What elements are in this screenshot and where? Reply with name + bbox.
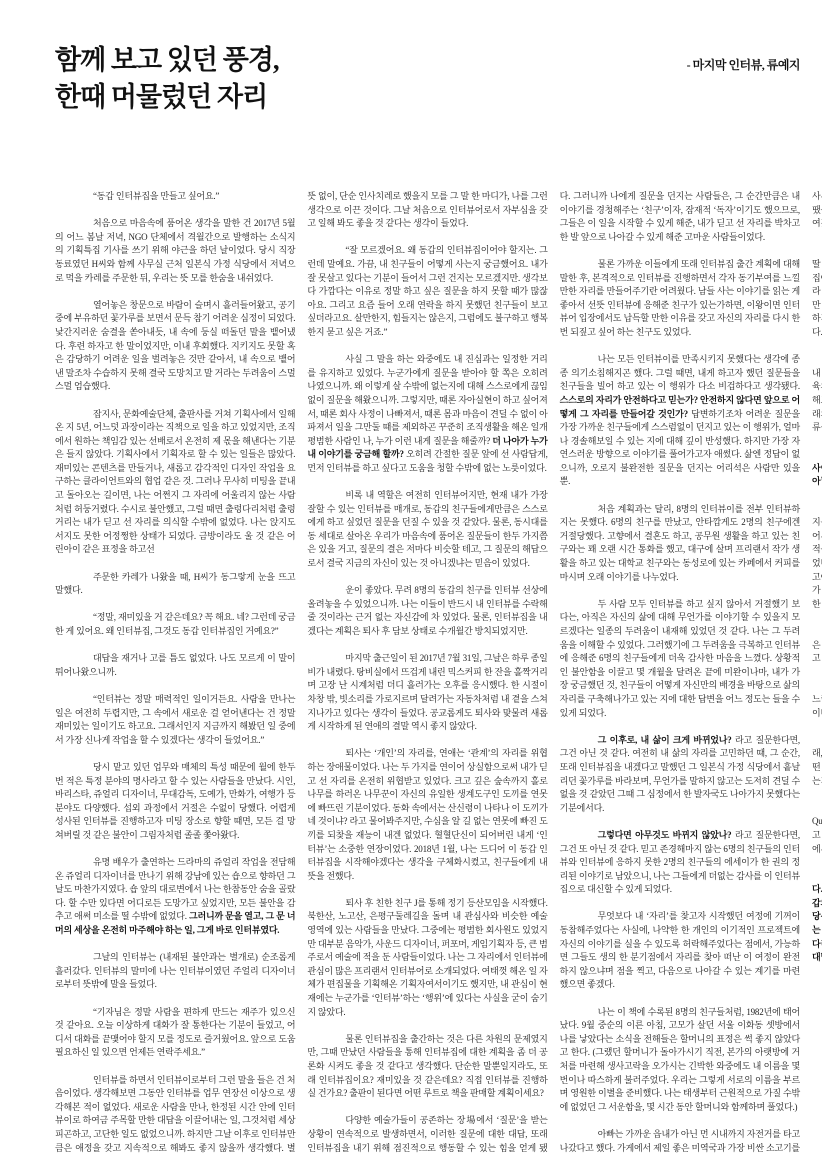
paragraph: 그래서 1982년 생 동갑 인터뷰집인 <내가 딛고 선 자리 Questio… [812,802,822,856]
paragraph-text: 나는 모든 인터뷰이를 만족시키지 못했다는 생각에 종종 의기소침해지곤 했다… [560,354,800,391]
paragraph: 무엇보다 내 ‘자리’를 찾고자 시작했던 여정에 기꺼이 동참해주었다는 사실… [560,910,800,992]
paragraph: 유명 배우가 출연하는 드라마의 쥬얼리 작업을 전담해온 쥬얼리 디자이너를 … [55,856,295,938]
paragraph: “너는 형광등 같은 사람이야. 천천히 켜지지만 끝내 밝은 빛을 내는 사람… [812,625,822,666]
paragraph-text: 마지막 출근일이 된 2017년 7월 31일, 그날은 하루 종일 비가 내렸… [307,653,547,731]
paragraph: 비록 내 역할은 여전히 인터뷰어지만, 현재 내가 가장 잘할 수 있는 인터… [307,489,547,571]
document-page: 함께 보고 있던 풍경, 한때 머물렀던 자리 - 마지막 인터뷰, 류예지 “… [0,0,822,1162]
paragraph: 사실 그 말을 하는 와중에도 내 진심과는 일정한 거리를 유지하고 있었다.… [307,353,547,475]
paragraph-text: 그래서 1982년 생 동갑 인터뷰집인 <내가 딛고 선 자리 Questio… [812,803,822,854]
paragraph-text: 대답을 재거나 고를 틈도 없었다. 나도 모르게 이 말이 튀어나왔으니까. [55,653,295,677]
paragraph-text: 사실 그 말을 하는 와중에도 내 진심과는 일정한 거리를 유지하고 있었다.… [307,354,547,446]
paragraph-text: 처음 계획과는 달리, 8명의 인터뷰이를 전부 인터뷰하지는 못했다. 6명의… [560,504,800,582]
paragraph-text: 퇴사 후 친한 친구 J를 통해 정기 등산모임을 시작했다. 북한산, 노고산… [307,898,547,1017]
paragraph: 엄마는 아직까지 그런 말을 한다. 아들을 학수고대하던 딸 흔한 셋째 딸로… [812,244,822,339]
byline: - 마지막 인터뷰, 류예지 [687,56,800,73]
paragraph-text: “인터뷰는 정말 매력적인 일이거든요. 사람을 만나는 일은 여전히 두렵지만… [55,694,295,745]
paragraph-text: 오래전, 서울에서 대학생활을 시작한 큰언니는 자주 편지를 보냈다. 당시 … [812,504,822,609]
paragraph: 그렇게 나의 이야기는 시작되었다. 그런데 어쩐 일인지 내 주민등록증엔 1… [812,353,822,435]
paragraph: “잘 모르겠어요. 왜 동갑의 인터뷰집이어야 할지는. 그런데 말예요. 가끔… [307,244,547,339]
paragraph: 처음 계획과는 달리, 8명의 인터뷰이를 전부 인터뷰하지는 못했다. 6명의… [560,503,800,585]
paragraph: 오래전, 서울에서 대학생활을 시작한 큰언니는 자주 편지를 보냈다. 당시 … [812,503,822,612]
paragraph: 마지막 출근일이 된 2017년 7월 31일, 그날은 하루 종일 비가 내렸… [307,652,547,734]
paragraph-text: 그날의 인터뷰는 (내재된 불안과는 별개로) 순조롭게 흘러갔다. 인터뷰의 … [55,952,295,989]
paragraph-text: (당시만 해도 형광등은 깜빡깜빡, 탁! 이렇듯 한 박자 느린 원리로 불을… [812,680,822,717]
paragraph-text: 주문한 카레가 나왔을 때, H씨가 동그랗게 눈을 뜨고 말했다. [55,572,295,596]
paragraph: “동갑 인터뷰집을 만들고 싶어요.” [55,190,295,204]
paragraph: 운이 좋았다. 무려 8명의 동갑의 친구를 인터뷰 선상에 올려놓을 수 있었… [307,584,547,638]
paragraph-text: 두 사람 모두 인터뷰를 하고 싶지 않아서 거절했기 보다는, 아직은 자신의… [560,599,800,718]
paragraph-text: 그러나 아직도 모르겠다. 더디게 켜진 형광등 불빛 아래, 내가 어떤 표정… [812,735,822,786]
paragraph: 그 이후로, 내 삶이 크게 바뀌었나? 라고 질문한다면, 그건 아닌 것 같… [560,734,800,816]
paragraph: 퇴사 후 친한 친구 J를 통해 정기 등산모임을 시작했다. 북한산, 노고산… [307,897,547,1019]
paragraph: 물론 가까운 이들에게 또래 인터뷰집 출간 계획에 대해 말한 후, 본격적으… [560,258,800,340]
paragraph: 퇴사는 ‘개인’의 자리를, 연애는 ‘관계’의 자리를 위협하는 장애물이었다… [307,747,547,883]
paragraph-emphasis-text: 그렇다면 아무것도 바뀌지 않았나? [598,830,732,840]
paragraph: 그런데 가끔 그런 생각을 한다. 출생일과 출생신고서 사이의 5개월의 여백… [812,448,822,489]
paragraph-text: “동갑 인터뷰집을 만들고 싶어요.” [93,191,219,201]
paragraph-text: “정말, 재미있을 거 같은데요? 꼭 해요. 네? 그런데 궁금한 게 있어요… [55,612,295,636]
paragraph: 열어놓은 창문으로 바람이 슬며시 흘러들어왔고, 공기 중에 부유하던 꽃가루… [55,299,295,394]
paragraph-text: 나는 이 책에 수록된 8명의 친구들처럼, 1982년에 태어났다. 9월 중… [560,1007,800,1112]
page-title-line2: 한때 머물렀던 자리 [55,79,279,116]
paragraph: 물론 인터뷰집을 출간하는 것은 다른 차원의 문제였지만, 그때 만났던 사람… [307,1033,547,1101]
paragraph-text: “잘 모르겠어요. 왜 동갑의 인터뷰집이어야 할지는. 그런데 말예요. 가끔… [307,245,547,337]
paragraph-text: 당시 맡고 있던 업무와 매체의 특성 때문에 월에 한두 번 적은 특정 분야… [55,762,295,840]
paragraph: 처음으로 마음속에 품어온 생각을 말한 건 2017년 5월의 어느 봄날 저… [55,217,295,285]
paragraph: 잡지사, 문화예술단체, 출판사를 거쳐 기획사에서 일해온 지 5년, 어느덧… [55,408,295,558]
paragraph: “기자님은 정말 사람을 편하게 만드는 재주가 있으신 것 같아요. 오늘 이… [55,1006,295,1060]
paragraph-emphasis-text: 내내 혼자였다고 생각했지만, 우리는 따로 또 함께였다. 나는 이 일을 진… [812,871,822,963]
paragraph: 나는 모든 인터뷰이를 만족시키지 못했다는 생각에 종종 의기소침해지곤 했다… [560,353,800,489]
paragraph-text: 비록 내 역할은 여전히 인터뷰어지만, 현재 내가 가장 잘할 수 있는 인터… [307,490,547,568]
paragraph-text: 그렇게 나의 이야기는 시작되었다. 그런데 어쩐 일인지 내 주민등록증엔 1… [812,354,822,432]
paragraph-text: 잡지사, 문화예술단체, 출판사를 거쳐 기획사에서 일해온 지 5년, 어느덧… [55,409,295,555]
paragraph-text: 엄마는 아직까지 그런 말을 한다. 아들을 학수고대하던 딸 흔한 셋째 딸로… [812,245,822,337]
paragraph: “정말, 재미있을 거 같은데요? 꼭 해요. 네? 그런데 궁금한 게 있어요… [55,611,295,638]
paragraph-text: 물론 가까운 이들에게 또래 인터뷰집 출간 계획에 대해 말한 후, 본격적으… [560,259,800,337]
paragraph: 두 사람 모두 인터뷰를 하고 싶지 않아서 거절했기 보다는, 아직은 자신의… [560,598,800,720]
paragraph-text: 운이 좋았다. 무려 8명의 동갑의 친구를 인터뷰 선상에 올려놓을 수 있었… [307,585,547,636]
paragraph-text: 퇴사는 ‘개인’의 자리를, 연애는 ‘관계’의 자리를 위협하는 장애물이었다… [307,748,547,880]
paragraph-text: 무엇보다 내 ‘자리’를 찾고자 시작했던 여정에 기꺼이 동참해주었다는 사실… [560,911,800,989]
paragraph-text: “너는 형광등 같은 사람이야. 천천히 켜지지만 끝내 밝은 빛을 내는 사람… [812,626,822,663]
paragraph-text: 물론 인터뷰집을 출간하는 것은 다른 차원의 문제였지만, 그때 만났던 사람… [307,1034,547,1098]
article-body: “동갑 인터뷰집을 만들고 싶어요.”처음으로 마음속에 품어온 생각을 말한 … [55,190,800,1158]
page-title: 함께 보고 있던 풍경, 한때 머물렀던 자리 [55,42,279,116]
page-title-line1: 함께 보고 있던 풍경, [55,42,279,79]
paragraph-emphasis-text: 그 이후로, 내 삶이 크게 바뀌었나? [598,735,732,745]
paragraph-text: 처음으로 마음속에 품어온 생각을 말한 건 2017년 5월의 어느 봄날 저… [55,218,295,282]
paragraph: (당시만 해도 형광등은 깜빡깜빡, 탁! 이렇듯 한 박자 느린 원리로 불을… [812,679,822,720]
paragraph-text: 라고 질문한다면, 그건 아닌 것 같다. 여전히 내 삶의 자리를 고민하던 … [560,735,800,813]
paragraph: 그날의 인터뷰는 (내재된 불안과는 별개로) 순조롭게 흘러갔다. 인터뷰의 … [55,951,295,992]
paragraph-text: 열어놓은 창문으로 바람이 슬며시 흘러들어왔고, 공기 중에 부유하던 꽃가루… [55,300,295,392]
paragraph: “인터뷰는 정말 매력적인 일이거든요. 사람을 만나는 일은 여전히 두렵지만… [55,693,295,747]
paragraph: 당시 맡고 있던 업무와 매체의 특성 때문에 월에 한두 번 적은 특정 분야… [55,761,295,843]
paragraph: 주문한 카레가 나왔을 때, H씨가 동그랗게 눈을 뜨고 말했다. [55,571,295,598]
paragraph: 대답을 재거나 고를 틈도 없었다. 나도 모르게 이 말이 튀어나왔으니까. [55,652,295,679]
paragraph: 내내 혼자였다고 생각했지만, 우리는 따로 또 함께였다. 나는 이 일을 진… [812,870,822,965]
paragraph: 그렇다면 아무것도 바뀌지 않았나? 라고 질문한다면, 그건 또 아닌 것 같… [560,829,800,897]
paragraph-text: “기자님은 정말 사람을 편하게 만드는 재주가 있으신 것 같아요. 오늘 이… [55,1007,295,1058]
paragraph: 그러나 아직도 모르겠다. 더디게 켜진 형광등 불빛 아래, 내가 어떤 표정… [812,734,822,788]
paragraph-text: 답변하기조차 어려운 질문을 가장 가까운 친구들에게 스스럼없이 던지고 있는… [560,409,800,487]
paragraph: 나는 이 책에 수록된 8명의 친구들처럼, 1982년에 태어났다. 9월 중… [560,1006,800,1115]
paragraph-emphasis-text: 그런데 가끔 그런 생각을 한다. 출생일과 출생신고서 사이의 5개월의 여백… [812,449,822,486]
